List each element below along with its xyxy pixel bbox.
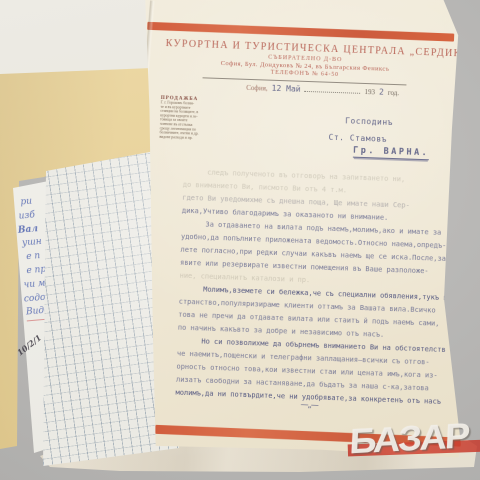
date-underline	[304, 84, 360, 94]
photo-of-vintage-documents: виша скро риизбВалушне пе прчи мисодорВи…	[0, 0, 480, 480]
sale-note-line: видове разходи и пр.	[159, 135, 217, 141]
date-year-suffix: год.	[388, 89, 400, 97]
letterhead: КУРОРТНА И ТУРИСТИЧЕСКА ЦЕНТРАЛА „СЕРДИК…	[165, 38, 446, 87]
addressee-name: Ст. Стамовъ	[328, 133, 387, 144]
date-typed-day: 12 Май	[271, 84, 300, 94]
addressee-city: Гр. ВАРНА.	[353, 146, 430, 161]
sale-note-lines: Г. г. Горскомъ болни-те и въ курортнитес…	[159, 100, 218, 141]
letter-body: следъ полученото въ отговоръ на запитван…	[175, 166, 451, 409]
addressee-honorific: Господинъ	[345, 116, 393, 127]
watermark-text: БАЗАР	[349, 416, 470, 462]
watermark: БАЗАР	[347, 425, 480, 480]
letter-sheet: КУРОРТНА И ТУРИСТИЧЕСКА ЦЕНТРАЛА „СЕРДИК…	[121, 0, 480, 480]
date-typed-year-digit: 2	[379, 87, 384, 96]
sale-side-note: ПРОДАЖБА Г. г. Горскомъ болни-те и въ ку…	[158, 95, 218, 167]
date-printed-year: 193	[364, 88, 375, 96]
date-city: София,	[246, 84, 268, 93]
